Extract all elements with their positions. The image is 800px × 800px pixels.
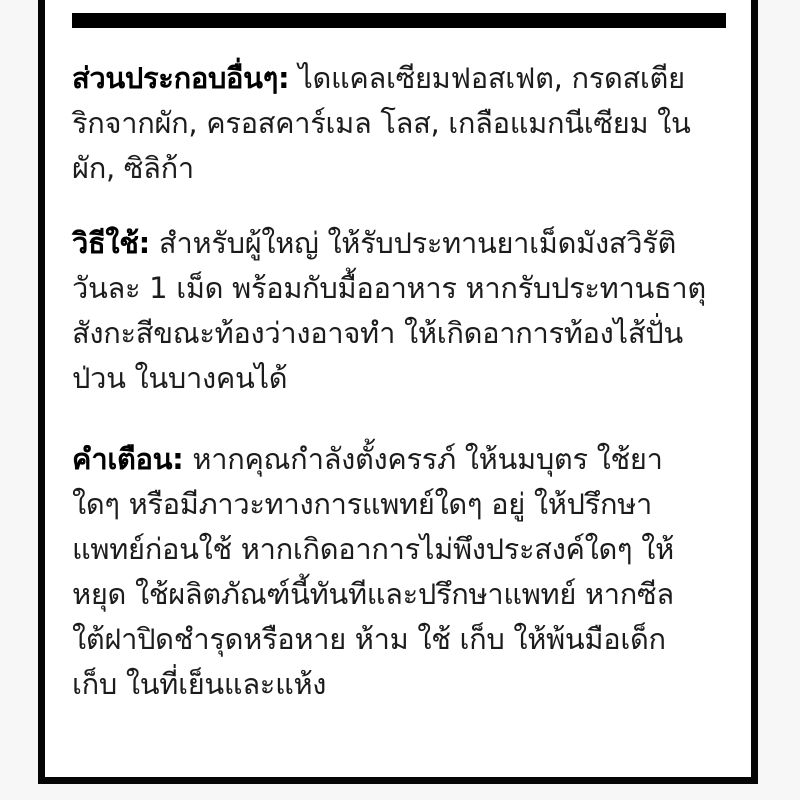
directions-text: สำหรับผู้ใหญ่ ให้รับประทานยาเม็ดมังสวิรั… (72, 226, 706, 395)
page: ส่วนประกอบอื่นๆ: ไดแคลเซียมฟอสเฟต, กรดสเ… (0, 0, 800, 800)
other-ingredients-section: ส่วนประกอบอื่นๆ: ไดแคลเซียมฟอสเฟต, กรดสเ… (72, 56, 737, 191)
table-bottom-rule (72, 13, 726, 28)
warning-text: หากคุณกำลังตั้งครรภ์ ให้นมบุตร ใช้ยา ใดๆ… (72, 442, 674, 701)
directions-heading: วิธีใช้: (72, 226, 150, 260)
warning-section: คำเตือน: หากคุณกำลังตั้งครรภ์ ให้นมบุตร … (72, 437, 737, 707)
directions-section: วิธีใช้: สำหรับผู้ใหญ่ ให้รับประทานยาเม็… (72, 221, 737, 401)
warning-heading: คำเตือน: (72, 442, 183, 476)
other-ingredients-heading: ส่วนประกอบอื่นๆ: (72, 61, 289, 95)
label-panel: ส่วนประกอบอื่นๆ: ไดแคลเซียมฟอสเฟต, กรดสเ… (38, 0, 758, 784)
